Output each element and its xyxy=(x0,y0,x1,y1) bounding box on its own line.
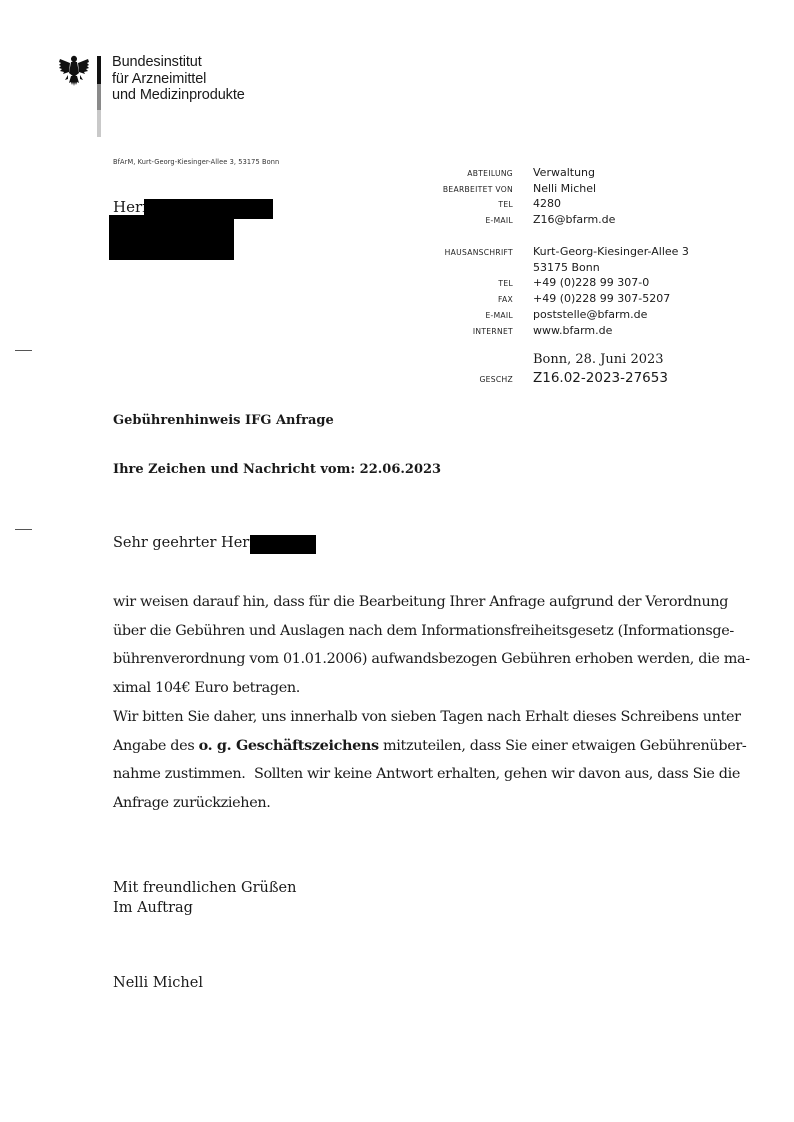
contact-value: Verwaltung xyxy=(533,166,595,179)
body-line: wir weisen darauf hin, dass für die Bear… xyxy=(113,588,753,617)
body-paragraph-1: wir weisen darauf hin, dass für die Bear… xyxy=(113,588,753,702)
institution-name: Bundesinstitut für Arzneimittel und Medi… xyxy=(112,54,245,104)
letter-date: Bonn, 28. Juni 2023 xyxy=(533,352,664,367)
address-label: Tel xyxy=(498,279,513,288)
reference-line: Ihre Zeichen und Nachricht vom: 22.06.20… xyxy=(113,462,441,477)
body-line: Wir bitten Sie daher, uns innerhalb von … xyxy=(113,703,753,732)
contact-row-email: E-Mail Z16@bfarm.de xyxy=(420,213,720,229)
signer-name: Nelli Michel xyxy=(113,975,203,991)
contact-email-link[interactable]: Z16@bfarm.de xyxy=(533,213,615,226)
body-line: über die Gebühren und Auslagen nach dem … xyxy=(113,617,753,646)
institution-line: und Medizinprodukte xyxy=(112,87,245,104)
contact-label: Tel xyxy=(498,200,513,209)
file-number-reference: o. g. Geschäftszeichens xyxy=(199,737,379,754)
logo-bar-light xyxy=(97,110,101,137)
address-row-city: 53175 Bonn xyxy=(420,261,720,277)
letter-subject: Gebührenhinweis IFG Anfrage xyxy=(113,413,334,428)
body-line: ximal 104€ Euro betragen. xyxy=(113,674,753,703)
address-label: Fax xyxy=(498,295,513,304)
contact-row-phone: Tel 4280 xyxy=(420,197,720,213)
address-row-website: Internet www.bfarm.de xyxy=(420,324,720,340)
redacted-recipient-address xyxy=(109,215,234,260)
file-number-value: Z16.02-2023-27653 xyxy=(533,370,668,386)
closing-block: Mit freundlichen Grüßen Im Auftrag xyxy=(113,878,296,918)
address-email-link[interactable]: poststelle@bfarm.de xyxy=(533,308,647,321)
address-row-street: Hausanschrift Kurt-Georg-Kiesinger-Allee… xyxy=(420,245,720,261)
address-row-fax: Fax +49 (0)228 99 307-5207 xyxy=(420,292,720,308)
address-value: +49 (0)228 99 307-0 xyxy=(533,276,649,289)
address-row-email: E-Mail poststelle@bfarm.de xyxy=(420,308,720,324)
institution-line: Bundesinstitut xyxy=(112,54,245,71)
address-label: Hausanschrift xyxy=(445,248,513,257)
contact-row-department: Abteilung Verwaltung xyxy=(420,166,720,182)
address-value: 53175 Bonn xyxy=(533,261,600,274)
sender-return-address: BfArM, Kurt-Georg-Kiesinger-Allee 3, 531… xyxy=(113,158,279,166)
website-link[interactable]: www.bfarm.de xyxy=(533,324,612,337)
closing-line: Im Auftrag xyxy=(113,898,296,918)
body-text: mitzuteilen, dass Sie einer etwaigen Geb… xyxy=(379,738,747,754)
address-value: +49 (0)228 99 307-5207 xyxy=(533,292,670,305)
contact-value: Nelli Michel xyxy=(533,182,596,195)
body-line: Anfrage zurückziehen. xyxy=(113,789,753,818)
contact-value: 4280 xyxy=(533,197,561,210)
body-line: bührenverordnung vom 01.01.2006) aufwand… xyxy=(113,645,753,674)
contact-label: Abteilung xyxy=(467,169,513,178)
body-paragraph-2: Wir bitten Sie daher, uns innerhalb von … xyxy=(113,703,753,817)
logo-bar-black xyxy=(97,56,101,84)
contact-label: Bearbeitet von xyxy=(443,185,513,194)
body-text: Angabe des xyxy=(113,738,199,754)
fold-mark xyxy=(15,350,32,351)
body-line: Angabe des o. g. Geschäftszeichens mitzu… xyxy=(113,732,753,761)
fold-mark xyxy=(15,529,32,530)
logo-bar-gray xyxy=(97,84,101,110)
address-label: Internet xyxy=(473,327,513,336)
address-row-phone: Tel +49 (0)228 99 307-0 xyxy=(420,276,720,292)
federal-eagle-icon xyxy=(58,53,90,87)
greeting: Sehr geehrter Herr B xyxy=(113,535,271,551)
contact-row-handler: Bearbeitet von Nelli Michel xyxy=(420,182,720,198)
body-line: nahme zustimmen. Sollten wir keine Antwo… xyxy=(113,760,753,789)
file-number-label: GESCHZ xyxy=(420,375,513,384)
address-label: E-Mail xyxy=(485,311,513,320)
address-value: Kurt-Georg-Kiesinger-Allee 3 xyxy=(533,245,689,258)
closing-line: Mit freundlichen Grüßen xyxy=(113,878,296,898)
redacted-greeting-name xyxy=(250,535,316,554)
contact-label: E-Mail xyxy=(485,216,513,225)
institution-line: für Arzneimittel xyxy=(112,71,245,88)
